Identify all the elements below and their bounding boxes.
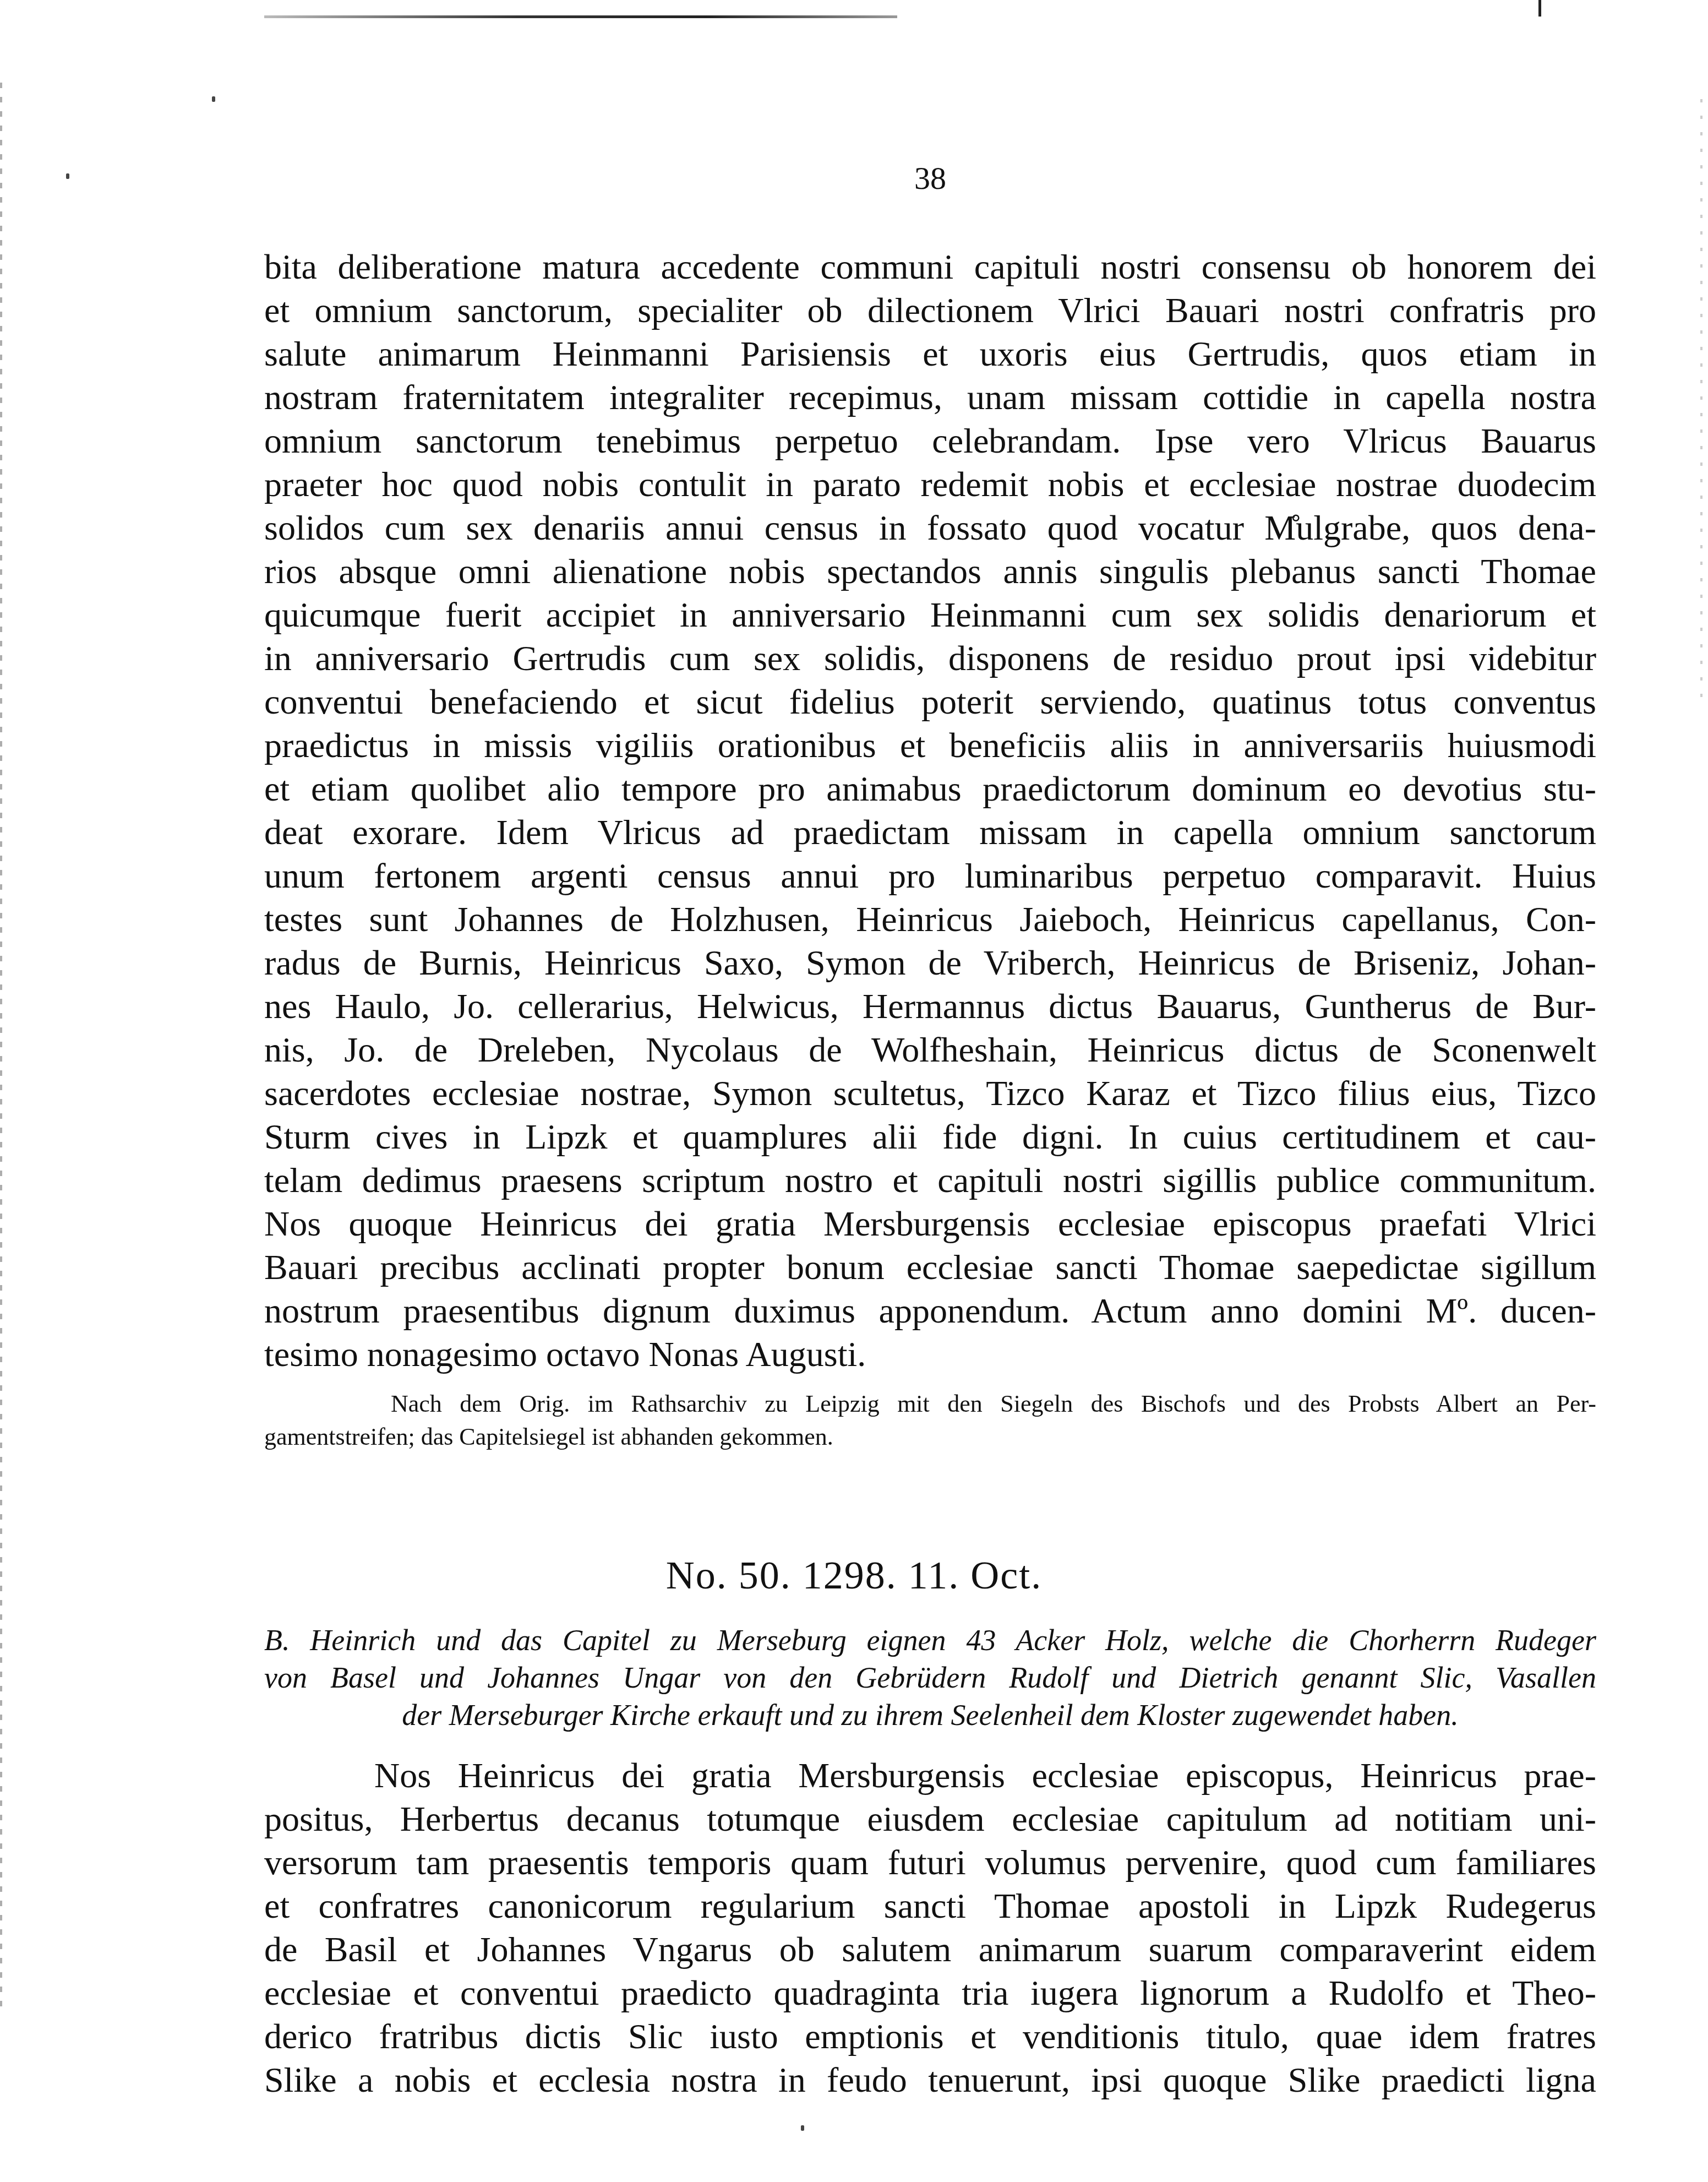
document-heading: No. 50. 1298. 11. Oct.	[0, 1553, 1708, 1598]
text-line: Nos quoque Heinricus dei gratia Mersburg…	[264, 1202, 1596, 1245]
text-line: unum fertonem argenti census annui pro l…	[264, 854, 1596, 897]
text-line: Sturm cives in Lipzk et quamplures alii …	[264, 1115, 1596, 1158]
text-line: testes sunt Johannes de Holzhusen, Heinr…	[264, 897, 1596, 941]
text-line: praeter hoc quod nobis contulit in parat…	[264, 462, 1596, 506]
text-line: rios absque omni alienatione nobis spect…	[264, 549, 1596, 593]
text-line: omnium sanctorum tenebimus perpetuo cele…	[264, 419, 1596, 462]
text-line: nes Haulo, Jo. cellerarius, Helwicus, He…	[264, 984, 1596, 1028]
scan-speck	[66, 173, 69, 179]
text-line: Nos Heinricus dei gratia Mersburgensis e…	[264, 1754, 1596, 1797]
text-line: quicumque fuerit accipiet in anniversari…	[264, 593, 1596, 636]
text-line: sacerdotes ecclesiae nostrae, Symon scul…	[264, 1071, 1596, 1115]
scan-artifact-tick	[1538, 0, 1541, 17]
footnote-line: Nach dem Orig. im Rathsarchiv zu Leipzig…	[264, 1387, 1596, 1421]
document-summary: B. Heinrich und das Capitel zu Merseburg…	[264, 1621, 1596, 1734]
scan-artifact-left-edge	[0, 83, 2, 2010]
text-line: ecclesiae et conventui praedicto quadrag…	[264, 1971, 1596, 2015]
text-line: et etiam quolibet alio tempore pro anima…	[264, 767, 1596, 810]
text-line: praedictus in missis vigiliis orationibu…	[264, 723, 1596, 767]
text-line: bita deliberatione matura accedente comm…	[264, 245, 1596, 289]
summary-line: B. Heinrich und das Capitel zu Merseburg…	[264, 1621, 1596, 1659]
summary-line: von Basel und Johannes Ungar von den Geb…	[264, 1659, 1596, 1696]
text-line: in anniversario Gertrudis cum sex solidi…	[264, 636, 1596, 680]
footnote-line: gamentstreifen; das Capitelsiegel ist ab…	[264, 1421, 1596, 1454]
scan-artifact-top-rule	[264, 15, 897, 18]
text-line: nis, Jo. de Dreleben, Nycolaus de Wolfhe…	[264, 1028, 1596, 1071]
document-2-body: Nos Heinricus dei gratia Mersburgensis e…	[264, 1754, 1596, 2102]
text-line: derico fratribus dictis Slic iusto empti…	[264, 2015, 1596, 2058]
scan-artifact-right-edge	[1700, 99, 1702, 705]
text-line: solidos cum sex denariis annui census in…	[264, 506, 1596, 549]
text-line: et confratres canonicorum regularium san…	[264, 1884, 1596, 1928]
scan-speck	[801, 2125, 804, 2131]
text-line: conventui benefaciendo et sicut fidelius…	[264, 680, 1596, 723]
text-line: Bauari precibus acclinati propter bonum …	[264, 1245, 1596, 1289]
summary-line: der Merseburger Kirche erkauft und zu ih…	[264, 1696, 1596, 1734]
text-line: deat exorare. Idem Vlricus ad praedictam…	[264, 810, 1596, 854]
text-line: radus de Burnis, Heinricus Saxo, Symon d…	[264, 941, 1596, 984]
text-line: salute animarum Heinmanni Parisiensis et…	[264, 332, 1596, 376]
text-line: nostrum praesentibus dignum duximus appo…	[264, 1289, 1596, 1332]
page-number: 38	[903, 160, 958, 197]
text-line: de Basil et Johannes Vngarus ob salutem …	[264, 1928, 1596, 1971]
text-line: positus, Herbertus decanus totumque eius…	[264, 1797, 1596, 1841]
text-line: versorum tam praesentis temporis quam fu…	[264, 1841, 1596, 1884]
text-line: Slike a nobis et ecclesia nostra in feud…	[264, 2058, 1596, 2102]
text-line: nostram fraternitatem integraliter recep…	[264, 376, 1596, 419]
text-line: et omnium sanctorum, specialiter ob dile…	[264, 289, 1596, 332]
source-footnote: Nach dem Orig. im Rathsarchiv zu Leipzig…	[264, 1387, 1596, 1454]
scan-speck	[212, 96, 215, 102]
text-line: telam dedimus praesens scriptum nostro e…	[264, 1158, 1596, 1202]
text-line: tesimo nonagesimo octavo Nonas Augusti.	[264, 1332, 1596, 1376]
document-1-body: bita deliberatione matura accedente comm…	[264, 245, 1596, 1376]
